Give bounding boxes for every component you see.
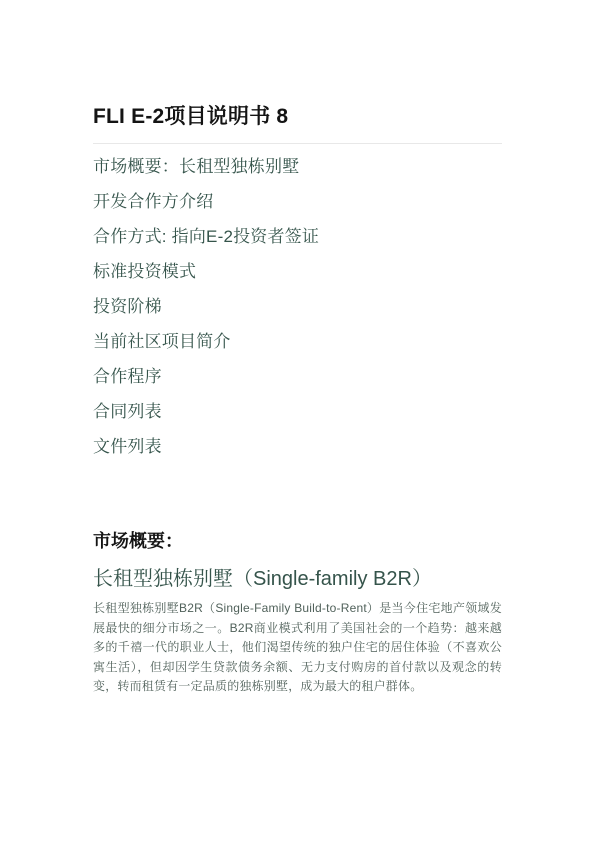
market-overview-subheading: 长租型独栋别墅（Single-family B2R）: [93, 565, 502, 593]
table-of-contents: 市场概要：长租型独栋别墅 开发合作方介绍 合作方式: 指向E-2投资者签证 标准…: [93, 149, 502, 464]
market-overview-heading: 市场概要：: [93, 528, 502, 554]
document-page: FLI E-2项目说明书 8 市场概要：长租型独栋别墅 开发合作方介绍 合作方式…: [0, 0, 595, 841]
toc-item-developer-intro: 开发合作方介绍: [93, 184, 502, 219]
toc-item-contract-list: 合同列表: [93, 394, 502, 429]
toc-item-market-overview: 市场概要：长租型独栋别墅: [93, 149, 502, 184]
toc-item-cooperation-procedure: 合作程序: [93, 359, 502, 394]
toc-item-standard-investment-model: 标准投资模式: [93, 254, 502, 289]
toc-item-file-list: 文件列表: [93, 429, 502, 464]
toc-item-current-community-projects: 当前社区项目简介: [93, 324, 502, 359]
toc-item-cooperation-method: 合作方式: 指向E-2投资者签证: [93, 219, 502, 254]
market-overview-paragraph: 长租型独栋别墅B2R（Single-Family Build-to-Rent）是…: [93, 599, 502, 697]
toc-item-investment-ladder: 投资阶梯: [93, 289, 502, 324]
document-title: FLI E-2项目说明书 8: [93, 104, 502, 144]
document-content: FLI E-2项目说明书 8 市场概要：长租型独栋别墅 开发合作方介绍 合作方式…: [0, 0, 595, 697]
